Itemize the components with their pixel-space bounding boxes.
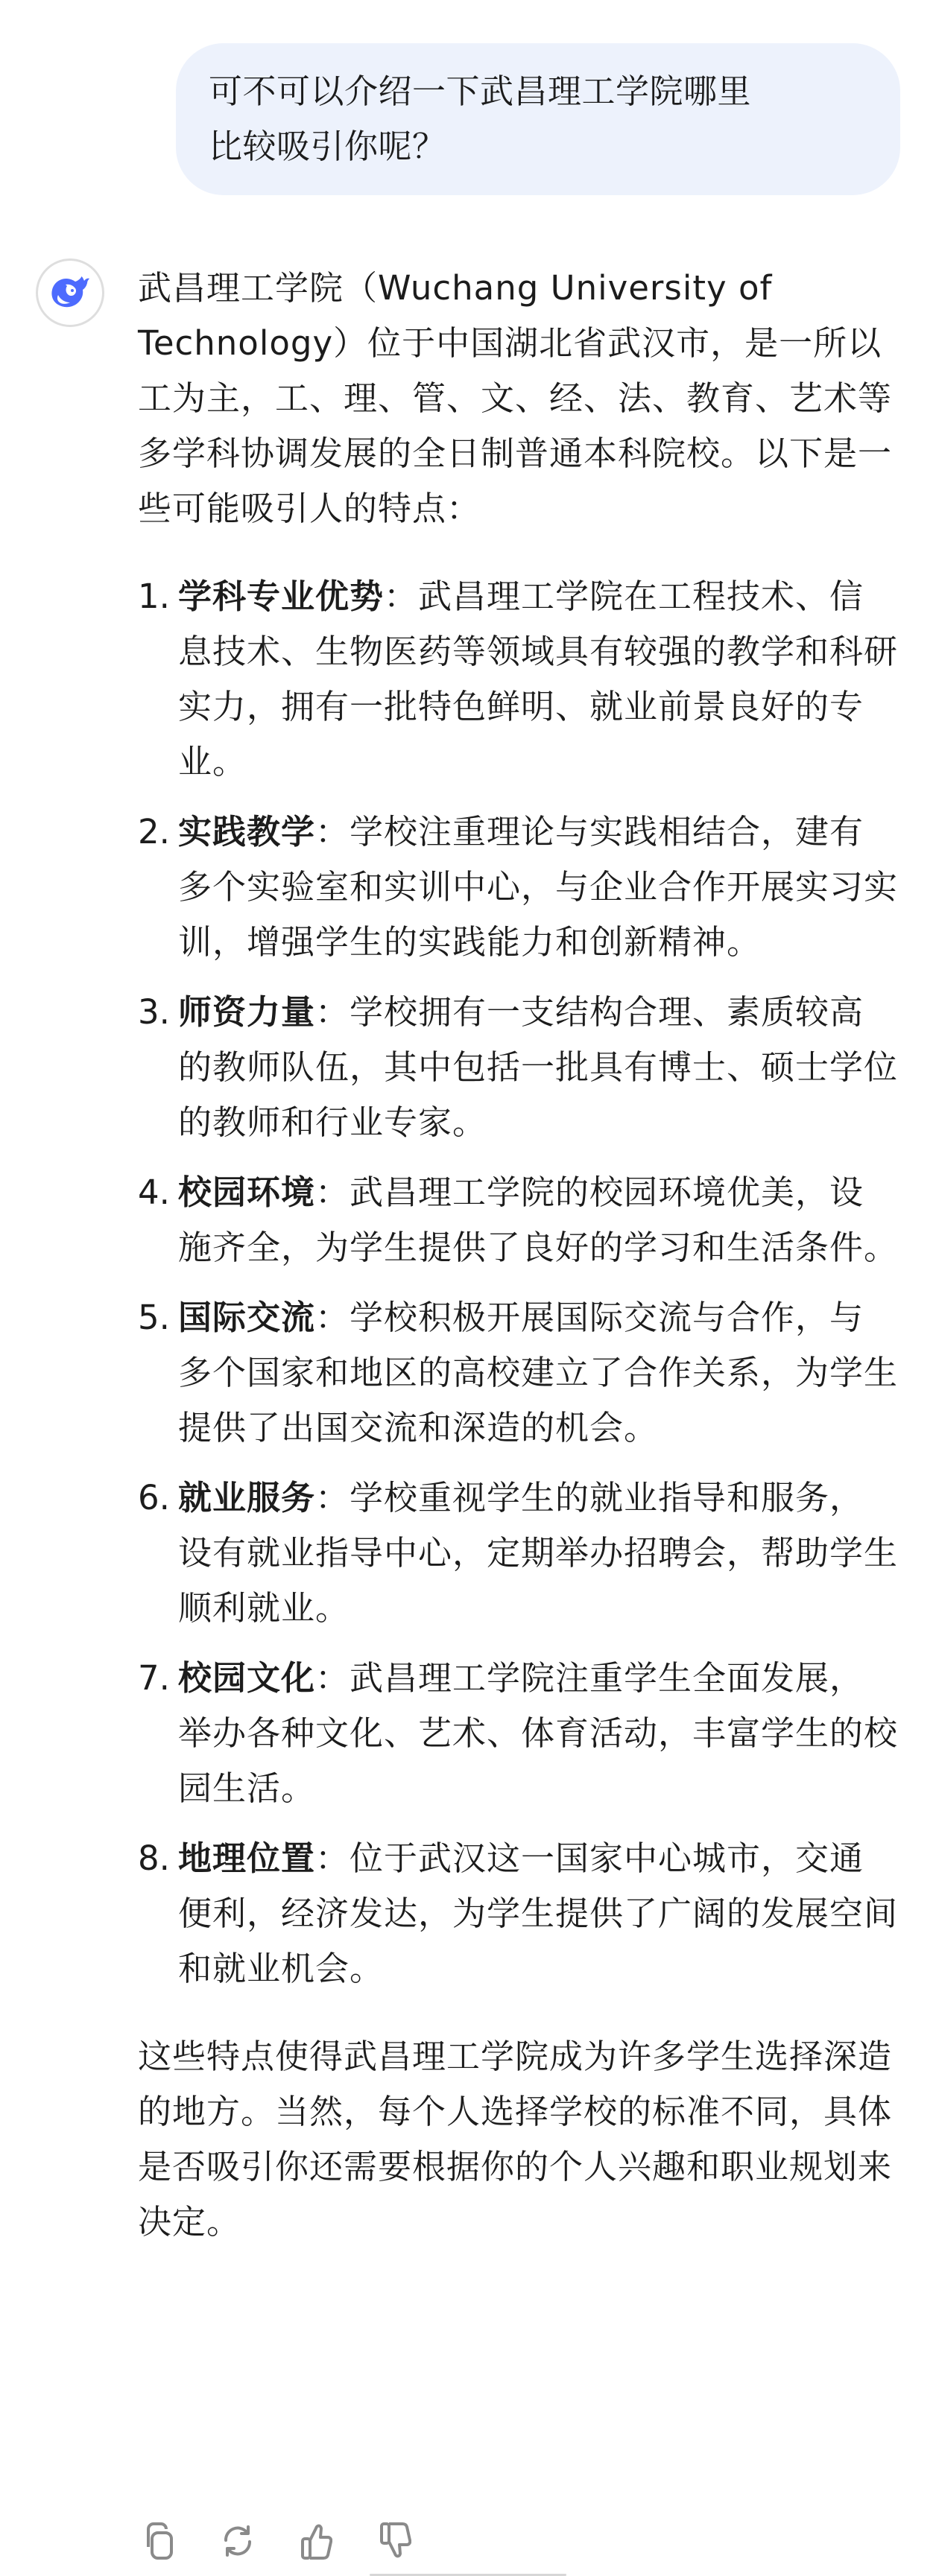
assistant-avatar [36,258,104,327]
list-term: 地理位置 [178,1839,315,1878]
user-message-bubble: 可不可以介绍一下武昌理工学院哪里 比较吸引你呢？ [176,43,900,195]
list-item: 4. 校园环境：武昌理工学院的校园环境优美，设施齐全，为学生提供了良好的学习和生… [138,1165,898,1275]
list-separator: ： [315,992,350,1032]
user-message-text: 可不可以介绍一下武昌理工学院哪里 比较吸引你呢？ [209,64,870,174]
refresh-icon [221,2522,254,2560]
regenerate-button[interactable] [213,2516,262,2566]
list-item: 1. 学科专业优势：武昌理工学院在工程技术、信息技术、生物医药等领域具有较强的教… [138,569,898,790]
list-item: 6. 就业服务：学校重视学生的就业指导和服务，设有就业指导中心，定期举办招聘会，… [138,1471,898,1636]
list-term: 实践教学 [178,812,315,851]
list-item: 3. 师资力量：学校拥有一支结构合理、素质较高的教师队伍，其中包括一批具有博士、… [138,985,898,1150]
list-separator: ： [315,1658,350,1698]
list-item: 5. 国际交流：学校积极开展国际交流与合作，与多个国家和地区的高校建立了合作关系… [138,1290,898,1456]
copy-icon [144,2522,174,2560]
list-number: 6. [138,1471,170,1526]
list-number: 1. [138,569,170,624]
list-term: 国际交流 [178,1298,315,1337]
copy-button[interactable] [134,2516,183,2566]
thumbs-up-icon [301,2521,332,2561]
list-item: 2. 实践教学：学校注重理论与实践相结合，建有多个实验室和实训中心，与企业合作开… [138,805,898,970]
list-item: 8. 地理位置：位于武汉这一国家中心城市，交通便利，经济发达，为学生提供了广阔的… [138,1831,898,1996]
list-term: 师资力量 [178,992,315,1032]
list-term: 校园文化 [178,1658,315,1698]
list-number: 5. [138,1290,170,1345]
message-actions [134,2516,420,2566]
list-number: 2. [138,805,170,860]
whale-logo-icon [48,270,92,315]
list-separator: ： [315,812,350,851]
list-term: 就业服务 [178,1478,315,1517]
list-number: 3. [138,985,170,1040]
list-separator: ： [315,1839,350,1878]
list-separator: ： [384,577,418,616]
list-number: 8. [138,1831,170,1886]
list-number: 7. [138,1651,170,1706]
list-term: 学科专业优势 [178,577,384,616]
assistant-message: 武昌理工学院（Wuchang University of Technology）… [138,261,898,2250]
intro-paragraph: 武昌理工学院（Wuchang University of Technology）… [138,261,898,536]
list-item: 7. 校园文化：武昌理工学院注重学生全面发展，举办各种文化、艺术、体育活动，丰富… [138,1651,898,1816]
list-number: 4. [138,1165,170,1220]
thumbs-down-icon [380,2521,411,2561]
list-term: 校园环境 [178,1173,315,1212]
outro-paragraph: 这些特点使得武昌理工学院成为许多学生选择深造的地方。当然，每个人选择学校的标准不… [138,2029,898,2250]
list-separator: ： [315,1173,350,1212]
features-list: 1. 学科专业优势：武昌理工学院在工程技术、信息技术、生物医药等领域具有较强的教… [138,569,898,1996]
list-separator: ： [315,1298,350,1337]
list-separator: ： [315,1478,350,1517]
dislike-button[interactable] [371,2516,420,2566]
like-button[interactable] [292,2516,341,2566]
